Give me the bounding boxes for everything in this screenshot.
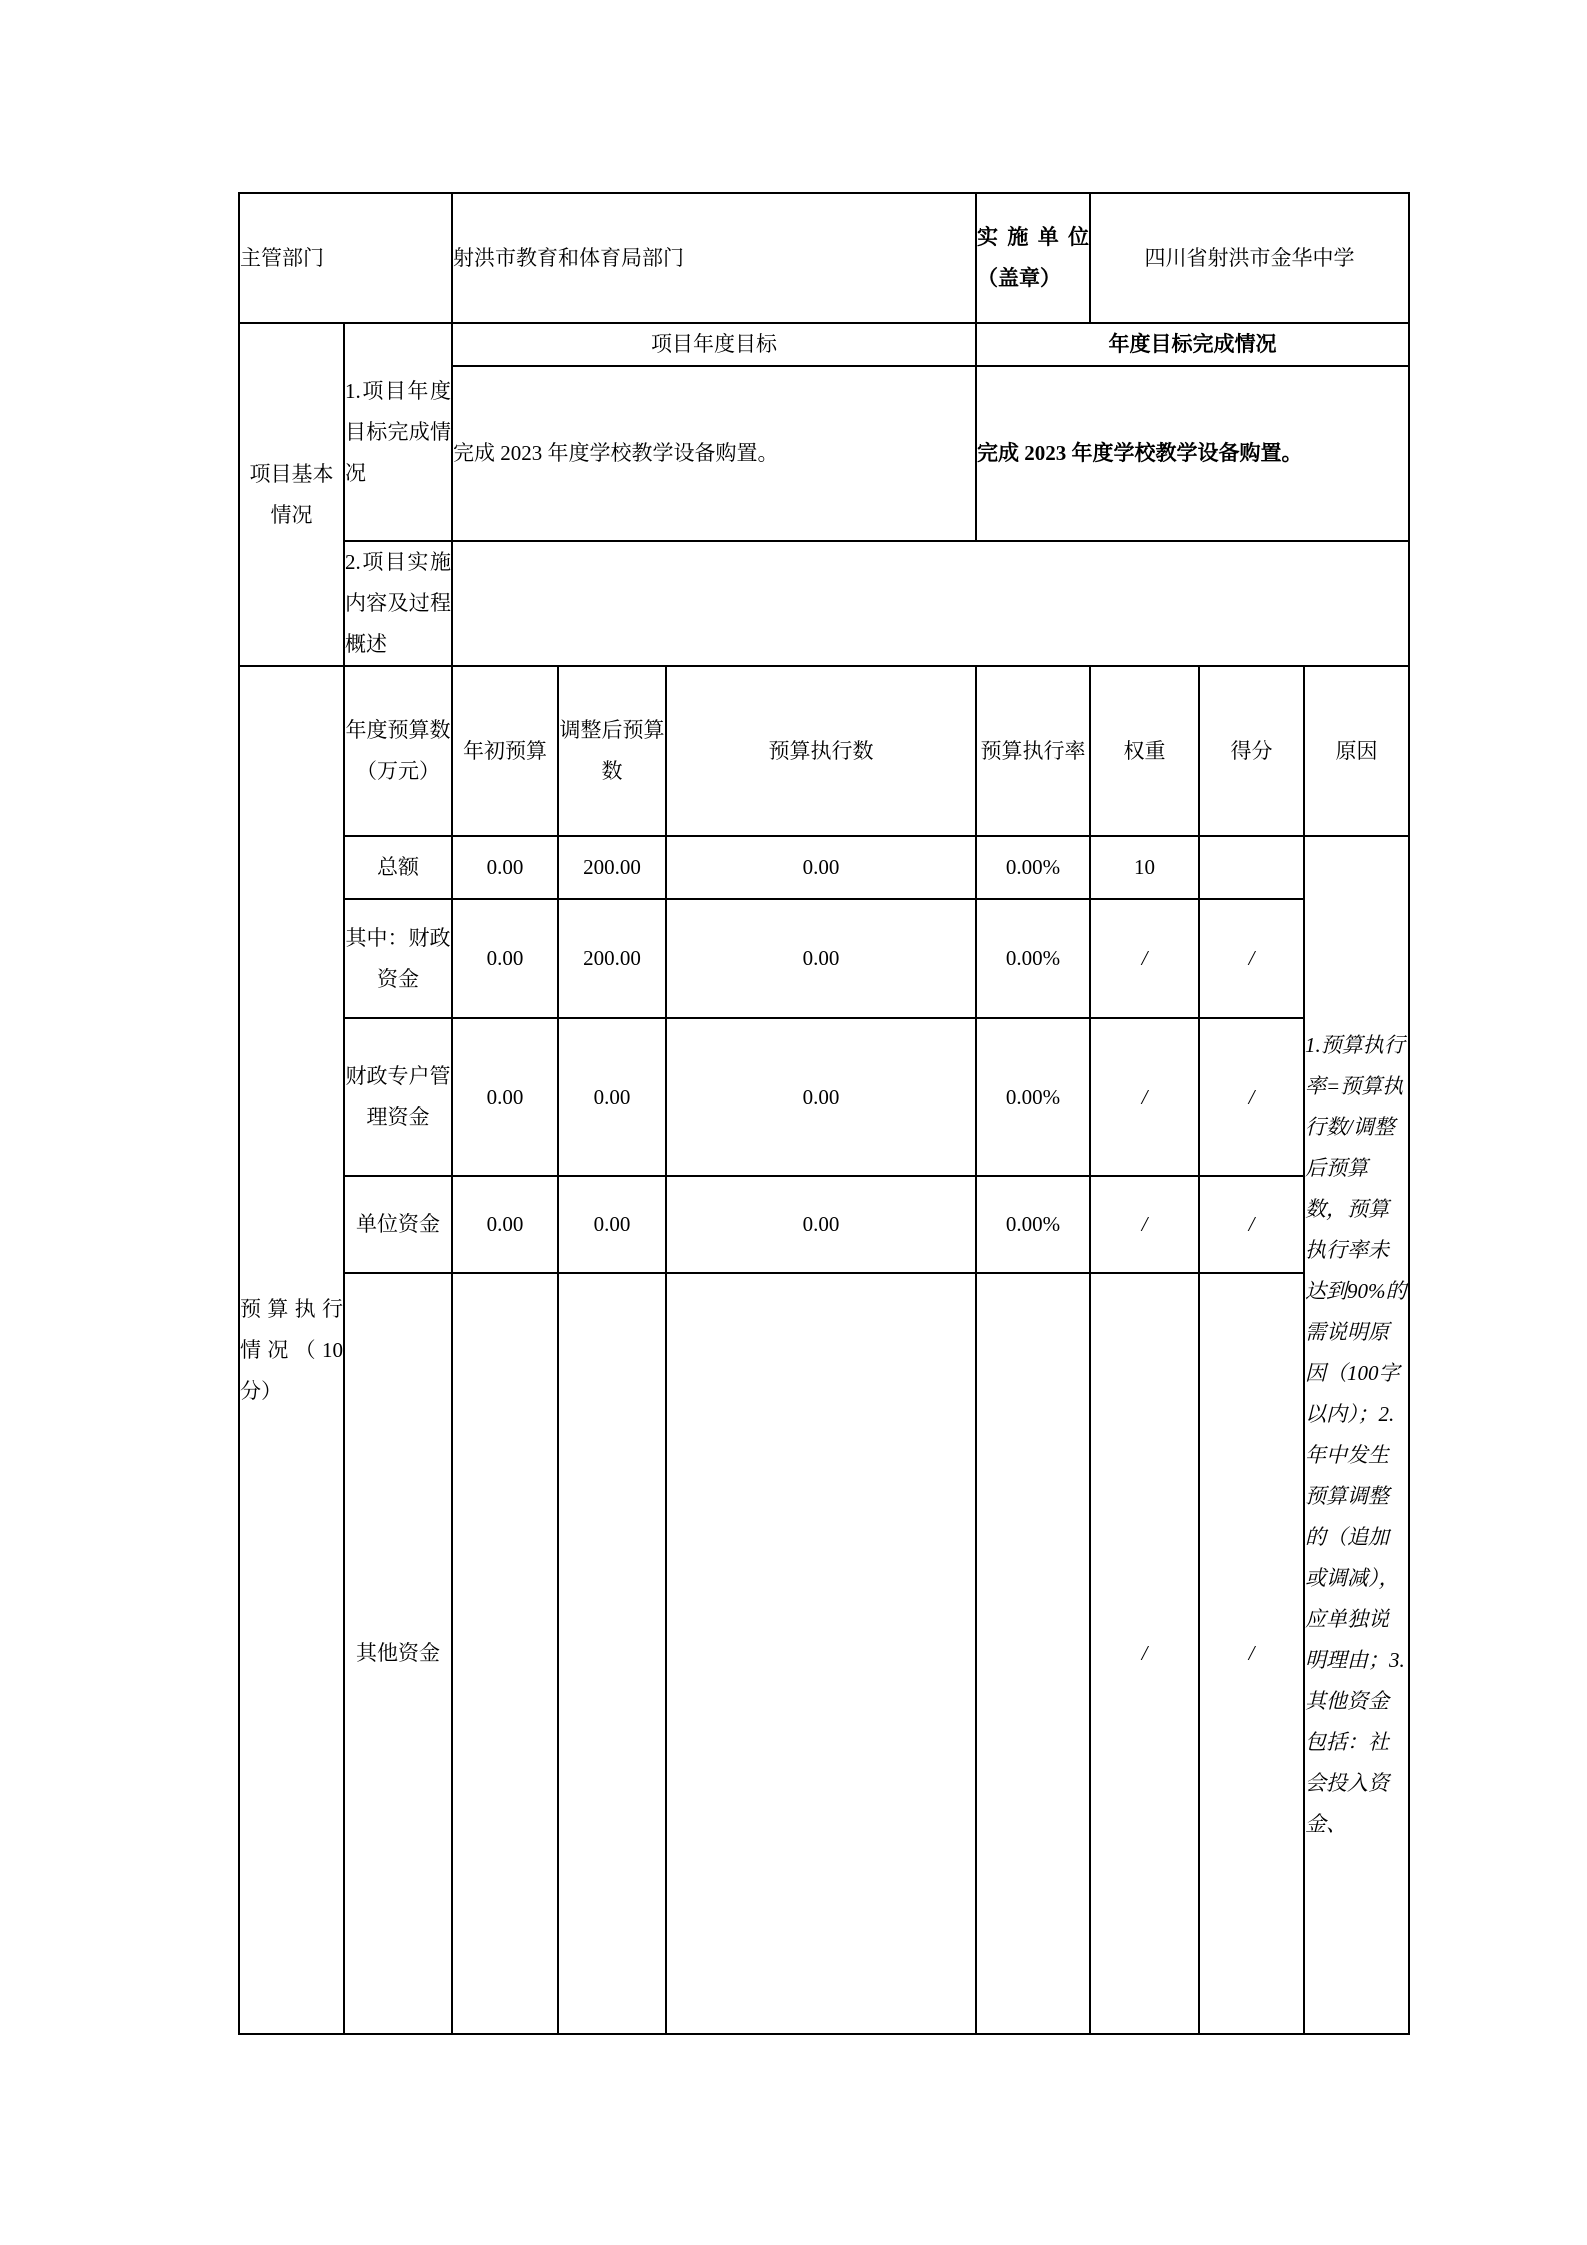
col-header-reason: 原因 [1304,666,1409,836]
row-special-executed: 0.00 [666,1018,976,1176]
row-other-executed [666,1273,976,2034]
implementing-unit-label: 实施单位（盖章） [976,193,1090,323]
row-fiscal-initial: 0.00 [452,899,558,1018]
basic-info-section-title: 项目基本情况 [239,323,344,666]
row-total-score [1199,836,1304,899]
row-special-initial: 0.00 [452,1018,558,1176]
supervisor-dept-value: 射洪市教育和体育局部门 [452,193,976,323]
row-other-weight: / [1090,1273,1199,2034]
col-header-adjusted-budget: 调整后预算数 [558,666,666,836]
row-fiscal-label: 其中：财政资金 [344,899,452,1018]
col-header-annual-budget: 年度预算数（万元） [344,666,452,836]
col-header-weight: 权重 [1090,666,1199,836]
row-other-adjusted [558,1273,666,2034]
budget-section-title: 预算执行情况（10分） [239,666,344,2034]
implementing-unit-value: 四川省射洪市金华中学 [1090,193,1409,323]
row-fiscal-executed: 0.00 [666,899,976,1018]
col-header-score: 得分 [1199,666,1304,836]
row-unit-label: 单位资金 [344,1176,452,1273]
col-header-executed-amount: 预算执行数 [666,666,976,836]
implementation-overview-content [452,541,1409,666]
row-total-weight: 10 [1090,836,1199,899]
goal-completion-value: 完成 2023 年度学校教学设备购置。 [976,366,1409,541]
row-fiscal-rate: 0.00% [976,899,1090,1018]
col-header-initial-budget: 年初预算 [452,666,558,836]
row-unit-weight: / [1090,1176,1199,1273]
row-total-executed: 0.00 [666,836,976,899]
row-total-adjusted: 200.00 [558,836,666,899]
row-total-rate: 0.00% [976,836,1090,899]
row-other-rate [976,1273,1090,2034]
row-unit-initial: 0.00 [452,1176,558,1273]
row-fiscal-adjusted: 200.00 [558,899,666,1018]
row-unit-executed: 0.00 [666,1176,976,1273]
row-fiscal-score: / [1199,899,1304,1018]
annual-goal-completion-label: 1.项目年度目标完成情况 [344,323,452,541]
evaluation-form-table: 主管部门 射洪市教育和体育局部门 实施单位（盖章） 四川省射洪市金华中学 项目基… [238,192,1410,2035]
row-other-initial [452,1273,558,2034]
row-unit-adjusted: 0.00 [558,1176,666,1273]
row-unit-score: / [1199,1176,1304,1273]
goal-completion-header: 年度目标完成情况 [976,323,1409,366]
implementation-overview-label: 2.项目实施内容及过程概述 [344,541,452,666]
row-special-label: 财政专户管理资金 [344,1018,452,1176]
supervisor-dept-label: 主管部门 [239,193,452,323]
annual-goal-header: 项目年度目标 [452,323,976,366]
row-special-rate: 0.00% [976,1018,1090,1176]
document-page: 主管部门 射洪市教育和体育局部门 实施单位（盖章） 四川省射洪市金华中学 项目基… [0,0,1587,2245]
annual-goal-value: 完成 2023 年度学校教学设备购置。 [452,366,976,541]
row-special-adjusted: 0.00 [558,1018,666,1176]
row-special-weight: / [1090,1018,1199,1176]
row-unit-rate: 0.00% [976,1176,1090,1273]
row-other-label: 其他资金 [344,1273,452,2034]
col-header-execution-rate: 预算执行率 [976,666,1090,836]
row-other-score: / [1199,1273,1304,2034]
row-fiscal-weight: / [1090,899,1199,1018]
row-total-initial: 0.00 [452,836,558,899]
row-total-label: 总额 [344,836,452,899]
row-special-score: / [1199,1018,1304,1176]
reason-notes-text: 1.预算执行率=预算执行数/调整后预算数，预算执行率未达到90%的需说明原因（1… [1304,836,1409,2034]
